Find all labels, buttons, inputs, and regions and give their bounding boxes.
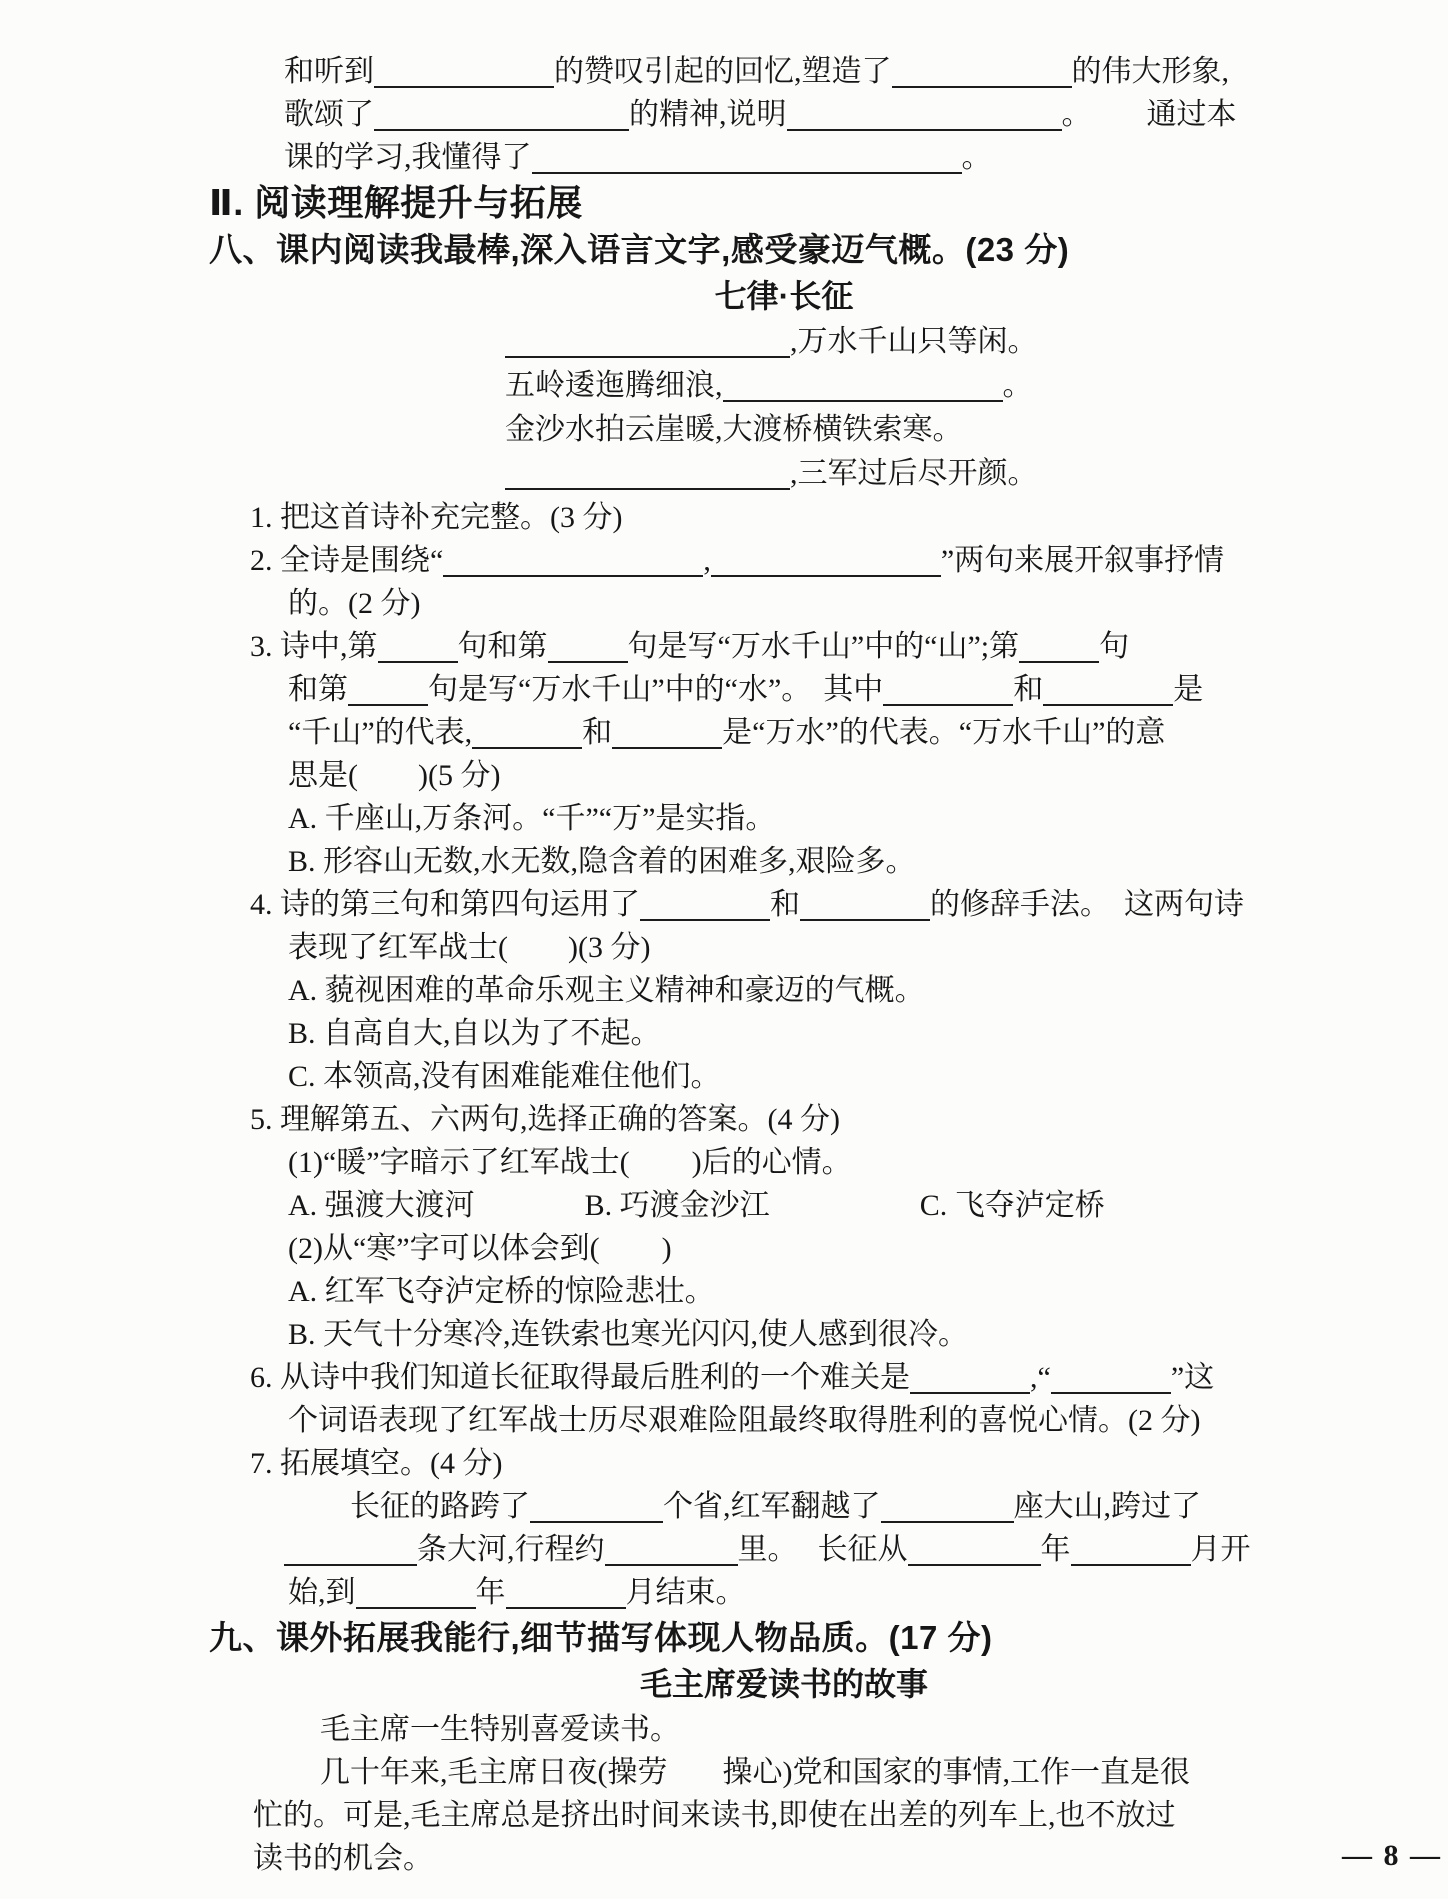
fill-in-blank	[640, 889, 770, 921]
fill-in-blank	[505, 458, 790, 490]
question-line: 6. 从诗中我们知道长征取得最后胜利的一个难关是,“”这	[250, 1356, 1448, 1399]
sub-question-line: (1)“暖”字暗示了红军战士()后的心情。	[288, 1141, 1448, 1184]
passage-title: 毛主席爱读书的故事	[0, 1661, 1448, 1708]
fill-in-blank	[800, 889, 930, 921]
poem-line: ,万水千山只等闲。	[505, 320, 1448, 364]
poem-title: 七律·长征	[0, 273, 1448, 320]
passage-line: 几十年来,毛主席日夜(操劳操心)党和国家的事情,工作一直是很	[320, 1751, 1448, 1794]
fill-in-blank	[908, 1534, 1041, 1566]
question7-continuation-line: 课的学习,我懂得了。	[284, 136, 1448, 179]
fill-in-blank	[374, 56, 554, 88]
fill-in-blank	[472, 717, 582, 749]
fill-in-blank	[505, 326, 790, 358]
fill-in-blank	[787, 99, 1062, 131]
fill-in-blank	[530, 1491, 663, 1523]
fill-in-blank	[711, 545, 941, 577]
option-line: C. 本领高,没有困难能难住他们。	[288, 1055, 1448, 1098]
option-line: B. 天气十分寒冷,连铁索也寒光闪闪,使人感到很冷。	[288, 1313, 1448, 1356]
question-line: “千山”的代表,和是“万水”的代表。“万水千山”的意	[288, 711, 1448, 754]
passage-line: 忙的。可是,毛主席总是挤出时间来读书,即使在出差的列车上,也不放过	[253, 1794, 1448, 1837]
fill-in-blank	[443, 545, 703, 577]
fill-in-blank	[356, 1577, 476, 1609]
question-line: 1. 把这首诗补充完整。(3 分)	[250, 496, 1448, 539]
part2-section-heading: Ⅱ. 阅读理解提升与拓展	[209, 179, 1448, 226]
worksheet-content: 和听到的赞叹引起的回忆,塑造了的伟大形象, 歌颂了的精神,说明。通过本 课的学习…	[0, 0, 1448, 1880]
sub-question-line: (2)从“寒”字可以体会到()	[288, 1227, 1448, 1270]
fill-in-blank	[374, 99, 629, 131]
fill-in-blank	[910, 1362, 1030, 1394]
fill-blank-line: 条大河,行程约里。长征从年月开	[284, 1528, 1448, 1571]
fill-in-blank	[284, 1534, 417, 1566]
fill-in-blank	[883, 674, 1013, 706]
fill-in-blank	[548, 631, 628, 663]
fill-in-blank	[1071, 1534, 1191, 1566]
poem-line: 五岭逶迤腾细浪,。	[505, 364, 1448, 408]
fill-in-blank	[1019, 631, 1099, 663]
option-line: A. 藐视困难的革命乐观主义精神和豪迈的气概。	[288, 969, 1448, 1012]
passage-line: 毛主席一生特别喜爱读书。	[320, 1708, 1448, 1751]
poem-line: 金沙水拍云崖暖,大渡桥横铁索寒。	[505, 408, 1448, 452]
question7-continuation-line: 歌颂了的精神,说明。通过本	[284, 93, 1448, 136]
fill-in-blank	[723, 370, 1003, 402]
fill-in-blank	[1043, 674, 1173, 706]
passage-line: 读书的机会。	[253, 1837, 1448, 1880]
option-line: A. 强渡大渡河B. 巧渡金沙江C. 飞夺泸定桥	[288, 1184, 1448, 1227]
question-line: 表现了红军战士()(3 分)	[288, 926, 1448, 969]
fill-in-blank	[348, 674, 428, 706]
question7-continuation-line: 和听到的赞叹引起的回忆,塑造了的伟大形象,	[284, 50, 1448, 93]
fill-blank-line: 始,到年月结束。	[288, 1571, 1448, 1614]
question-line: 4. 诗的第三句和第四句运用了和的修辞手法。这两句诗	[250, 883, 1448, 926]
option-line: A. 千座山,万条河。“千”“万”是实指。	[288, 797, 1448, 840]
question9-heading: 九、课外拓展我能行,细节描写体现人物品质。(17 分)	[209, 1614, 1448, 1661]
poem-line: ,三军过后尽开颜。	[505, 452, 1448, 496]
option-line: B. 自高自大,自以为了不起。	[288, 1012, 1448, 1055]
option-line: A. 红军飞夺泸定桥的惊险悲壮。	[288, 1270, 1448, 1313]
fill-in-blank	[506, 1577, 626, 1609]
option-line: B. 形容山无数,水无数,隐含着的困难多,艰险多。	[288, 840, 1448, 883]
fill-in-blank	[892, 56, 1072, 88]
question-line: 5. 理解第五、六两句,选择正确的答案。(4 分)	[250, 1098, 1448, 1141]
fill-in-blank	[612, 717, 722, 749]
question-line: 和第句是写“万水千山”中的“水”。其中和是	[288, 668, 1448, 711]
fill-in-blank	[532, 142, 962, 174]
fill-in-blank	[378, 631, 458, 663]
question-line: 2. 全诗是围绕“,”两句来展开叙事抒情	[250, 539, 1448, 582]
question-line: 思是()(5 分)	[288, 754, 1448, 797]
question-line: 7. 拓展填空。(4 分)	[250, 1442, 1448, 1485]
page-number: — 8 —	[1342, 1839, 1442, 1873]
question-line: 个词语表现了红军战士历尽艰难险阻最终取得胜利的喜悦心情。(2 分)	[288, 1399, 1448, 1442]
worksheet-page: 和听到的赞叹引起的回忆,塑造了的伟大形象, 歌颂了的精神,说明。通过本 课的学习…	[0, 0, 1448, 1899]
question-line: 的。(2 分)	[288, 582, 1448, 625]
question8-heading: 八、课内阅读我最棒,深入语言文字,感受豪迈气概。(23 分)	[209, 226, 1448, 273]
fill-in-blank	[881, 1491, 1014, 1523]
fill-in-blank	[605, 1534, 738, 1566]
fill-in-blank	[1051, 1362, 1171, 1394]
fill-blank-line: 长征的路跨了个省,红军翻越了座大山,跨过了	[350, 1485, 1448, 1528]
question-line: 3. 诗中,第句和第句是写“万水千山”中的“山”;第句	[250, 625, 1448, 668]
